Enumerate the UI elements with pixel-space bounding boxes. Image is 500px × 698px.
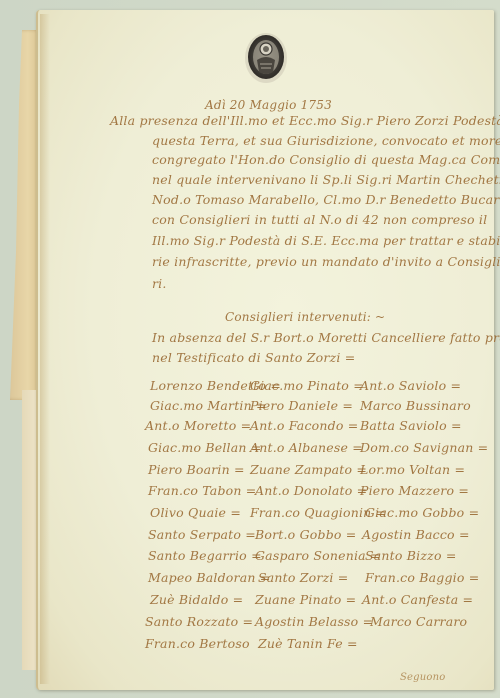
councillor-name: Marco Bussinaro [360,398,471,413]
councillor-name: Santo Rozzato = [145,614,253,629]
councillor-name: Giac.mo Pinato = [250,378,364,393]
councillor-name: Ant.o Facondo = [250,418,358,433]
preamble-line: In absenza del S.r Bort.o Moretti Cancel… [152,330,500,345]
councillor-name: Piero Mazzero = [360,483,469,498]
councillor-name: Mapeo Baldoran = [148,570,270,585]
councillor-name: Batta Saviolo = [360,418,462,433]
body-line: Nod.o Tomaso Marabello, Cl.mo D.r Benede… [152,192,500,207]
page-gutter [40,14,50,684]
councillor-name: Ant.o Albanese = [250,440,363,455]
councillor-name: Santo Begarrio = [148,548,262,563]
councillor-name: Ant.o Moretto = [145,418,251,433]
councillor-name: Dom.co Savignan = [360,440,488,455]
councillor-name: Olivo Quaie = [150,505,241,520]
councillor-name: Agostin Bacco = [362,527,470,542]
councillor-name: Fran.co Tabon = [148,483,256,498]
councillor-name: Santo Zorzi = [258,570,348,585]
councillor-name: Giac.mo Gobbo = [365,505,479,520]
body-line: Ill.mo Sig.r Podestà di S.E. Ecc.ma per … [152,233,500,248]
ecclesiastical-seal-icon [243,30,289,84]
body-line: questa Terra, et sua Giurisdizione, conv… [152,133,500,148]
councillor-name: Marco Carraro [370,614,467,629]
councillor-name: Zuane Zampato = [250,462,367,477]
preamble-line: nel Testificato di Santo Zorzi = [152,350,355,365]
councillor-name: Agostin Belasso = [255,614,373,629]
catchword: Seguono [400,672,446,683]
councillor-name: Santo Bizzo = [365,548,457,563]
councillor-name: Ant.o Saviolo = [360,378,461,393]
body-line: congregato l'Hon.do Consiglio di questa … [152,152,500,167]
body-line: con Consiglieri in tutti al N.o di 42 no… [152,212,487,227]
body-line: ri. [152,276,167,291]
body-line: Alla presenza dell'Ill.mo et Ecc.mo Sig.… [110,113,500,128]
councillor-name: Lor.mo Voltan = [360,462,465,477]
councillor-name: Santo Serpato = [148,527,256,542]
councillor-name: Zuane Pinato = [255,592,356,607]
councillor-name: Ant.o Donolato = [255,483,367,498]
councillor-name: Piero Daniele = [250,398,353,413]
councillor-name: Fran.co Baggio = [365,570,479,585]
councillor-name: Zuè Tanin Fe = [258,636,358,651]
body-line: nel quale intervenivano li Sp.li Sig.ri … [152,172,500,187]
section-heading: Consiglieri intervenuti: ~ [225,310,385,324]
councillor-name: Zuè Bidaldo = [150,592,243,607]
councillor-name: Piero Boarin = [148,462,245,477]
councillor-name: Gasparo Sonenia = [255,548,381,563]
councillor-name: Bort.o Gobbo = [255,527,356,542]
date-line: Adì 20 Maggio 1753 [205,98,332,112]
councillor-name: Ant.o Canfesta = [362,592,473,607]
councillor-name: Giac.mo Bellan = [148,440,262,455]
body-line: rie infrascritte, previo un mandato d'in… [152,254,500,269]
councillor-name: Fran.co Bertoso [145,636,250,651]
